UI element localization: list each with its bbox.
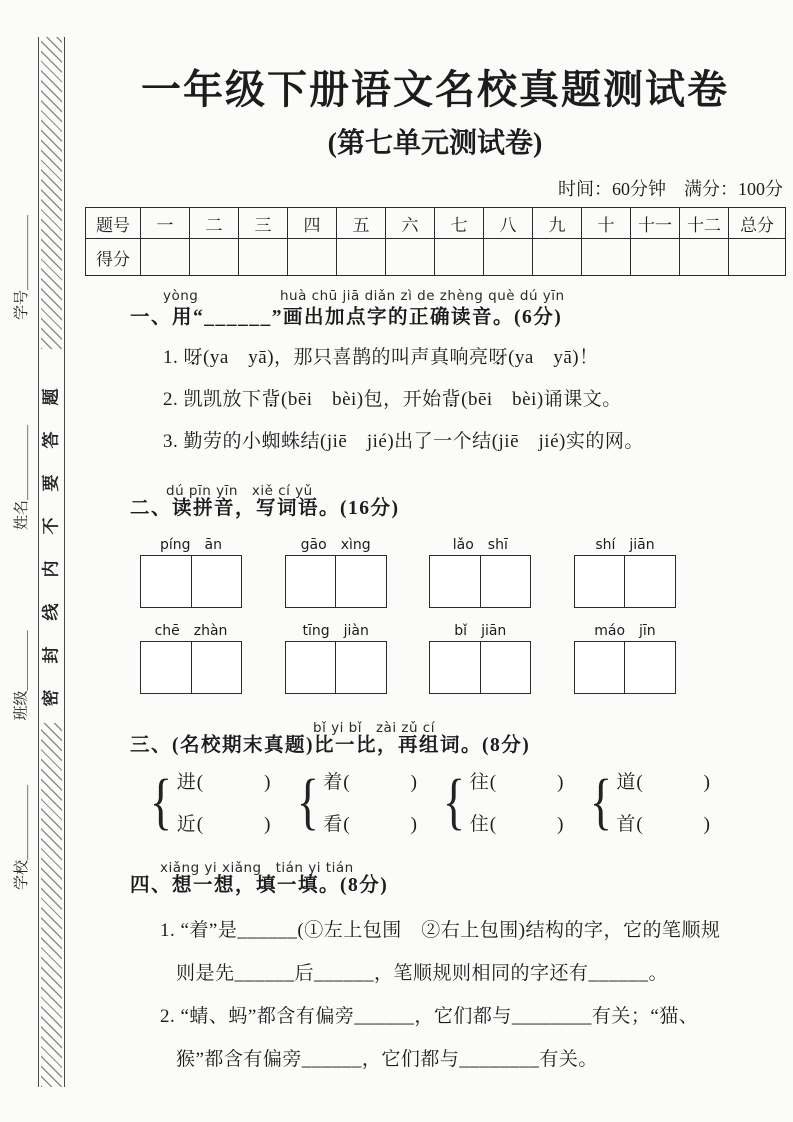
compare-lines: 道( )首( ) [616, 767, 711, 836]
character-cell [430, 556, 481, 607]
character-cell [481, 642, 531, 693]
question-2: dú pīn yīn xiě cí yǔ 二、读拼音，写词语。(16分) pín… [130, 479, 785, 694]
character-cell [336, 556, 386, 607]
character-cell [481, 556, 531, 607]
question-1-pinyin: yòng huà chū jiā diǎn zì de zhèng què dú… [130, 288, 785, 305]
sentence-text: (ya yā)，那只喜鹊的叫声真响亮 [203, 347, 489, 368]
pinyin-annotation: chē zhàn [140, 620, 242, 641]
answer-write-box [574, 555, 676, 608]
character-cell [430, 642, 481, 693]
question-4-pinyin: xiǎng yi xiǎng tián yi tián [130, 856, 785, 873]
compare-group: {道( )首( ) [586, 767, 711, 836]
score-table-header-cell: 十 [582, 208, 631, 239]
question-4-title: 四、想一想，填一填。(8分) [130, 873, 785, 899]
emphasized-character: 结 [301, 431, 321, 452]
character-cell [286, 642, 337, 693]
pinyin-annotation: píng ān [140, 534, 242, 555]
brace-glyph: { [296, 771, 318, 833]
score-input-cell [484, 239, 533, 276]
paper-main: 一年级下册语文名校真题测试卷 (第七单元测试卷) 时间：60分钟 满分：100分… [85, 58, 785, 1081]
fill-in-item: 2. “蜻、蚂”都含有偏旁______，它们都与________有关；“猫、猴”… [130, 995, 730, 1081]
character-cell [625, 642, 675, 693]
score-input-cell [729, 239, 786, 276]
score-table-header-cell: 七 [435, 208, 484, 239]
compare-top-line: 往( ) [470, 767, 565, 794]
school-field: 学校＿＿＿＿＿ [11, 740, 33, 890]
score-table-header-cell: 总分 [729, 208, 786, 239]
question-3-header: bǐ yi bǐ zài zǔ cí 三、(名校期末真题)比一比，再组词。(8分… [130, 716, 785, 759]
word-box-group: máo jīn [574, 620, 676, 694]
paper-title: 一年级下册语文名校真题测试卷 [85, 58, 785, 115]
question-3: bǐ yi bǐ zài zǔ cí 三、(名校期末真题)比一比，再组词。(8分… [130, 716, 785, 836]
pinyin-annotation: xiǎng yi xiǎng tián yi tián [160, 856, 354, 876]
pinyin-annotation: bǐ yi bǐ zài zǔ cí [313, 716, 435, 736]
sentence-text: (bēi bèi)诵课文。 [461, 389, 622, 410]
character-cell [286, 556, 337, 607]
question-1-header: yòng huà chū jiā diǎn zì de zhèng què dú… [130, 288, 785, 331]
compare-bottom-line: 首( ) [616, 809, 711, 836]
brace-glyph: { [443, 771, 465, 833]
question-1: yòng huà chū jiā diǎn zì de zhèng què dú… [130, 288, 785, 469]
character-cell [575, 642, 626, 693]
question-1-items: 1. 呀(ya yā)，那只喜鹊的叫声真响亮呀(ya yā)！2. 凯凯放下背(… [130, 343, 785, 469]
score-input-cell [239, 239, 288, 276]
compare-top-line: 进( ) [177, 767, 272, 794]
sentence-text: (bēi bèi)包，开始 [281, 389, 442, 410]
score-table-header-cell: 十二 [680, 208, 729, 239]
character-cell [141, 642, 192, 693]
compare-lines: 往( )住( ) [470, 767, 565, 836]
test-paper-page: 密封线内不要答题 学号＿＿＿＿＿ 姓名＿＿＿＿＿ 班级＿＿＿＿ 学校＿＿＿＿＿ … [0, 0, 793, 1122]
score-table-header-cell: 一 [141, 208, 190, 239]
score-table-header-cell: 四 [288, 208, 337, 239]
answer-write-box [140, 555, 242, 608]
word-box-row: píng āngāo xìnglǎo shīshí jiān [140, 534, 676, 608]
word-box-group: lǎo shī [429, 534, 531, 608]
score-table-header-cell: 十一 [631, 208, 680, 239]
score-input-cell [582, 239, 631, 276]
answer-write-box [574, 641, 676, 694]
sentence-text: 3. 勤劳的小蜘蛛 [163, 431, 301, 452]
compare-group: {进( )近( ) [146, 767, 271, 836]
answer-write-box [429, 641, 531, 694]
score-input-cell [533, 239, 582, 276]
sentence-text: (jiē jié)实的网。 [492, 431, 644, 452]
hatch-pattern-bottom [41, 723, 62, 1087]
paper-subtitle: (第七单元测试卷) [85, 121, 785, 161]
word-box-group: píng ān [140, 534, 242, 608]
pinyin-annotation: dú pīn yīn xiě cí yǔ [166, 479, 313, 499]
score-table-header-cell: 八 [484, 208, 533, 239]
score-table-header-cell: 五 [337, 208, 386, 239]
fill-in-item: 1. “着”是______(①左上包围 ②右上包围)结构的字，它的笔顺规则是先_… [130, 909, 730, 995]
pinyin-annotation: shí jiān [574, 534, 676, 555]
score-table-score-row: 得分 [86, 239, 786, 276]
score-input-cell [288, 239, 337, 276]
question-4-items: 1. “着”是______(①左上包围 ②右上包围)结构的字，它的笔顺规则是先_… [130, 909, 785, 1081]
answer-write-box [285, 555, 387, 608]
compare-bottom-line: 住( ) [470, 809, 565, 836]
question-3-pinyin: bǐ yi bǐ zài zǔ cí [130, 716, 785, 733]
compare-group: {往( )住( ) [439, 767, 564, 836]
pinyin-annotation: yòng [163, 288, 198, 304]
question-2-title: 二、读拼音，写词语。(16分) [130, 496, 785, 522]
pinyin-annotation: huà chū jiā diǎn zì de zhèng què dú yīn [280, 288, 565, 304]
emphasized-character: 背 [262, 389, 282, 410]
sentence-item: 1. 呀(ya yā)，那只喜鹊的叫声真响亮呀(ya yā)！ [130, 343, 785, 385]
character-cell [192, 642, 242, 693]
seal-line-text: 密封线内不要答题 [38, 355, 65, 715]
question-3-groups: {进( )近( ){着( )看( ){往( )住( ){道( )首( ) [146, 767, 711, 836]
word-box-group: tīng jiàn [285, 620, 387, 694]
compare-top-line: 道( ) [616, 767, 711, 794]
answer-write-box [429, 555, 531, 608]
score-table-label-cell: 得分 [86, 239, 141, 276]
score-input-cell [190, 239, 239, 276]
question-2-header: dú pīn yīn xiě cí yǔ 二、读拼音，写词语。(16分) [130, 479, 785, 522]
word-box-row: chē zhàntīng jiànbǐ jiānmáo jīn [140, 620, 676, 694]
student-number-field: 学号＿＿＿＿＿ [11, 170, 33, 320]
pinyin-annotation: lǎo shī [429, 534, 531, 555]
word-box-group: shí jiān [574, 534, 676, 608]
score-table: 题号一二三四五六七八九十十一十二总分 得分 [85, 207, 786, 276]
emphasized-character: 呀 [184, 347, 204, 368]
compare-top-line: 着( ) [323, 767, 418, 794]
character-cell [141, 556, 192, 607]
character-cell [192, 556, 242, 607]
score-input-cell [337, 239, 386, 276]
question-2-word-boxes: píng āngāo xìnglǎo shīshí jiānchē zhàntī… [130, 534, 785, 694]
class-field: 班级＿＿＿＿ [11, 596, 33, 721]
score-input-cell [141, 239, 190, 276]
student-name-field: 姓名＿＿＿＿＿ [11, 340, 33, 530]
emphasized-character: 背 [442, 389, 462, 410]
pinyin-annotation: gāo xìng [285, 534, 387, 555]
question-2-pinyin: dú pīn yīn xiě cí yǔ [130, 479, 785, 496]
compare-bottom-line: 看( ) [323, 809, 418, 836]
question-1-title: 一、用“______”画出加点字的正确读音。(6分) [130, 305, 785, 331]
brace-glyph: { [589, 771, 611, 833]
answer-write-box [285, 641, 387, 694]
sentence-text: (jiē jié)出了一个 [320, 431, 472, 452]
hatch-pattern-top [41, 37, 62, 349]
score-table-header-cell: 九 [533, 208, 582, 239]
compare-group: {着( )看( ) [293, 767, 418, 836]
sentence-item: 2. 凯凯放下背(bēi bèi)包，开始背(bēi bèi)诵课文。 [130, 385, 785, 427]
sentence-item: 3. 勤劳的小蜘蛛结(jiē jié)出了一个结(jiē jié)实的网。 [130, 427, 785, 469]
sentence-text: 2. 凯凯放下 [163, 389, 262, 410]
compare-lines: 进( )近( ) [177, 767, 272, 836]
score-input-cell [631, 239, 680, 276]
sentence-text: (ya yā)！ [508, 347, 599, 368]
pinyin-annotation: tīng jiàn [285, 620, 387, 641]
word-box-group: gāo xìng [285, 534, 387, 608]
score-table-header-cell: 二 [190, 208, 239, 239]
compare-lines: 着( )看( ) [323, 767, 418, 836]
character-cell [575, 556, 626, 607]
time-and-score-line: 时间：60分钟 满分：100分 [85, 175, 785, 201]
word-box-group: bǐ jiān [429, 620, 531, 694]
score-table-header-row: 题号一二三四五六七八九十十一十二总分 [86, 208, 786, 239]
pinyin-annotation: máo jīn [574, 620, 676, 641]
question-4-header: xiǎng yi xiǎng tián yi tián 四、想一想，填一填。(8… [130, 856, 785, 899]
compare-bottom-line: 近( ) [177, 809, 272, 836]
score-table-label-cell: 题号 [86, 208, 141, 239]
brace-glyph: { [150, 771, 172, 833]
character-cell [336, 642, 386, 693]
score-table-header-cell: 六 [386, 208, 435, 239]
question-3-title: 三、(名校期末真题)比一比，再组词。(8分) [130, 733, 785, 759]
score-table-header-cell: 三 [239, 208, 288, 239]
score-input-cell [435, 239, 484, 276]
score-input-cell [386, 239, 435, 276]
emphasized-character: 呀 [489, 347, 509, 368]
sentence-text: 1. [163, 347, 184, 368]
word-box-group: chē zhàn [140, 620, 242, 694]
question-4: xiǎng yi xiǎng tián yi tián 四、想一想，填一填。(8… [130, 856, 785, 1081]
score-input-cell [680, 239, 729, 276]
emphasized-character: 结 [472, 431, 492, 452]
answer-write-box [140, 641, 242, 694]
character-cell [625, 556, 675, 607]
pinyin-annotation: bǐ jiān [429, 620, 531, 641]
